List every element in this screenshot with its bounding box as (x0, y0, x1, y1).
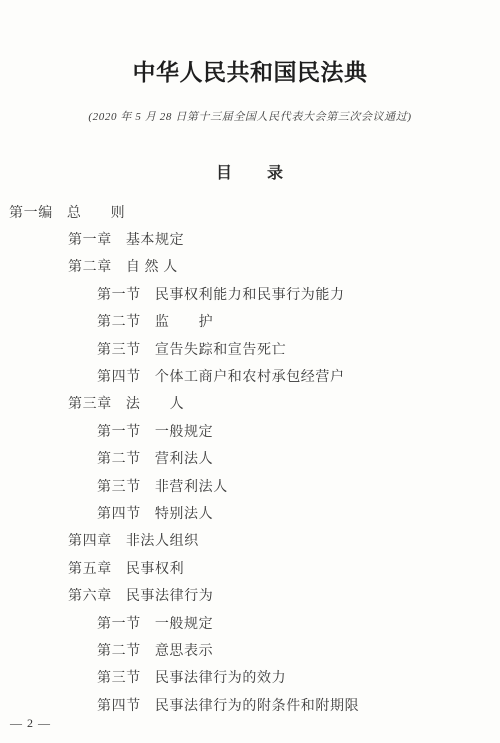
toc-entry-label: 第二节 (97, 640, 141, 660)
toc-entry-title: 总 则 (67, 202, 125, 222)
toc-entry: 第四章非法人组织 (0, 527, 500, 554)
toc-entry-label: 第三节 (97, 667, 141, 687)
toc-entry-title: 自 然 人 (126, 256, 178, 276)
toc-entry-title: 营利法人 (155, 448, 213, 468)
toc-entry: 第一章基本规定 (0, 225, 500, 252)
toc-entry-label: 第三节 (97, 339, 141, 359)
toc-entry-title: 一般规定 (155, 613, 213, 633)
toc-entry-label: 第三节 (97, 476, 141, 496)
toc-entry-label: 第二章 (68, 256, 112, 276)
toc-entry-title: 个体工商户和农村承包经营户 (155, 366, 345, 386)
toc-entry: 第三节非营利法人 (0, 472, 500, 499)
toc-entry: 第二节营利法人 (0, 445, 500, 472)
toc-entry-label: 第二节 (97, 311, 141, 331)
toc-entry-title: 民事权利 (126, 558, 184, 578)
toc-entry: 第三节宣告失踪和宣告死亡 (0, 335, 500, 362)
toc-entry: 第四节民事法律行为的附条件和附期限 (0, 691, 500, 718)
toc-entry: 第二章自 然 人 (0, 253, 500, 280)
document-title: 中华人民共和国民法典 (0, 54, 500, 87)
toc-entry: 第一节一般规定 (0, 417, 500, 444)
toc-entry-title: 民事权利能力和民事行为能力 (155, 284, 345, 304)
toc-entry: 第三节民事法律行为的效力 (0, 664, 500, 691)
page-number: — 2 — (10, 716, 51, 731)
toc-entry-title: 意思表示 (155, 640, 213, 660)
toc-entry-label: 第四节 (97, 503, 141, 523)
toc-entry: 第一节民事权利能力和民事行为能力 (0, 280, 500, 307)
toc-entry-label: 第六章 (68, 585, 112, 605)
toc-entry-title: 民事法律行为的效力 (155, 667, 286, 687)
toc-entry: 第四节个体工商户和农村承包经营户 (0, 362, 500, 389)
toc-list: 第一编总 则第一章基本规定第二章自 然 人第一节民事权利能力和民事行为能力第二节… (0, 198, 500, 718)
toc-entry-label: 第一章 (68, 229, 112, 249)
toc-entry: 第三章法 人 (0, 390, 500, 417)
toc-entry-title: 民事法律行为 (126, 585, 214, 605)
toc-entry-label: 第一节 (97, 613, 141, 633)
toc-entry-title: 法 人 (126, 393, 184, 413)
toc-entry-label: 第一节 (97, 421, 141, 441)
toc-entry: 第二节监 护 (0, 308, 500, 335)
toc-entry-label: 第三章 (68, 393, 112, 413)
toc-entry-label: 第一节 (97, 284, 141, 304)
toc-entry-label: 第四节 (97, 695, 141, 715)
toc-entry-title: 非法人组织 (126, 530, 199, 550)
toc-entry-title: 特别法人 (155, 503, 213, 523)
document-page: 中华人民共和国民法典 (2020 年 5 月 28 日第十三届全国人民代表大会第… (0, 0, 500, 743)
toc-entry-title: 基本规定 (126, 229, 184, 249)
toc-entry-label: 第五章 (68, 558, 112, 578)
toc-entry-title: 宣告失踪和宣告死亡 (155, 339, 286, 359)
toc-entry-title: 民事法律行为的附条件和附期限 (155, 695, 359, 715)
toc-entry: 第一编总 则 (0, 198, 500, 225)
toc-entry: 第六章民事法律行为 (0, 581, 500, 608)
toc-entry: 第五章民事权利 (0, 554, 500, 581)
toc-entry-title: 一般规定 (155, 421, 213, 441)
toc-entry-label: 第四章 (68, 530, 112, 550)
toc-heading: 目 录 (0, 160, 500, 183)
toc-entry: 第二节意思表示 (0, 636, 500, 663)
toc-entry-title: 监 护 (155, 311, 213, 331)
toc-entry-label: 第四节 (97, 366, 141, 386)
toc-entry-label: 第二节 (97, 448, 141, 468)
toc-entry-label: 第一编 (9, 202, 53, 222)
document-subtitle: (2020 年 5 月 28 日第十三届全国人民代表大会第三次会议通过) (0, 108, 500, 124)
toc-entry: 第一节一般规定 (0, 609, 500, 636)
toc-entry-title: 非营利法人 (155, 476, 228, 496)
toc-entry: 第四节特别法人 (0, 499, 500, 526)
